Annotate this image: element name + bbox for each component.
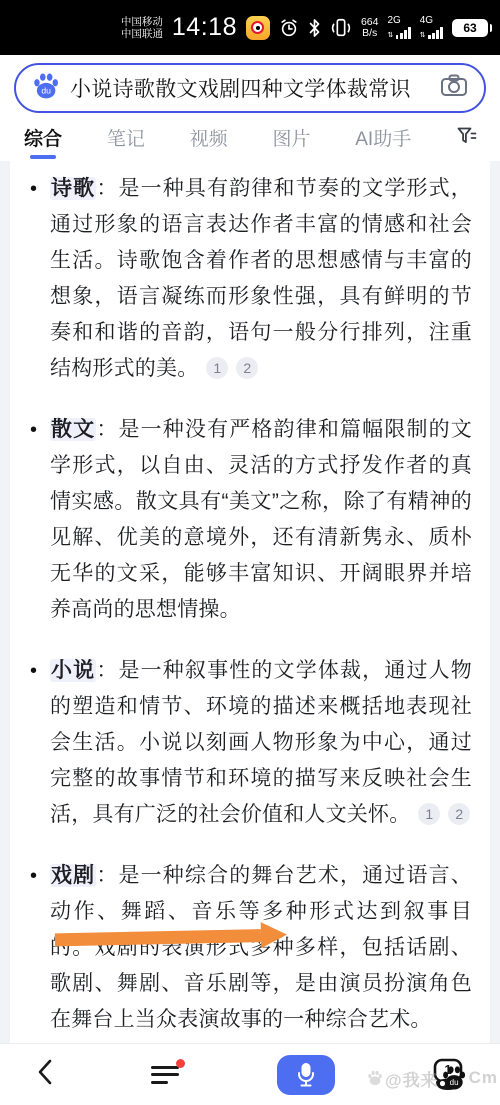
signal-sim1-label: 2G bbox=[388, 16, 401, 26]
clock-time: 14:18 bbox=[172, 13, 237, 42]
bullet-icon: • bbox=[30, 412, 37, 448]
term-prose[interactable]: 散文 bbox=[50, 418, 96, 441]
alarm-icon bbox=[279, 18, 299, 38]
definition-text: 是一种综合的舞台艺术，通过语言、动作、舞蹈、音乐等多种形式达到叙事目的。戏剧的表… bbox=[50, 864, 472, 1031]
baidu-logo-icon: du bbox=[32, 72, 60, 105]
list-item: •戏剧：是一种综合的舞台艺术，通过语言、动作、舞蹈、音乐等多种形式达到叙事目的。… bbox=[30, 858, 472, 1038]
tab-notes[interactable]: 笔记 bbox=[107, 124, 145, 161]
signal-sim2-label: 4G bbox=[420, 16, 433, 26]
filter-icon[interactable] bbox=[456, 125, 478, 160]
term-colon: ： bbox=[96, 659, 118, 682]
results-area[interactable]: •诗歌：是一种具有韵律和节奏的文学形式，通过形象的语言表达作者丰富的情感和社会生… bbox=[0, 161, 500, 1043]
network-speed: 664 B/s bbox=[361, 17, 379, 39]
camera-icon[interactable] bbox=[440, 74, 468, 103]
back-button[interactable] bbox=[34, 1057, 56, 1092]
network-speed-unit: B/s bbox=[361, 28, 379, 39]
signal-bars-icon: ⇅ bbox=[420, 27, 443, 39]
definition-text: 是一种没有严格韵律和篇幅限制的文学形式，以自由、灵活的方式抒发作者的真情实感。散… bbox=[50, 418, 472, 621]
vibrate-icon bbox=[330, 17, 352, 39]
watermark-text-right: Cm bbox=[469, 1068, 498, 1088]
carrier-labels: 中国移动 中国联通 bbox=[121, 16, 163, 40]
network-speed-value: 664 bbox=[361, 17, 379, 28]
citation-badge[interactable]: 1 bbox=[418, 803, 440, 825]
carrier-1: 中国移动 bbox=[121, 16, 163, 28]
bluetooth-icon bbox=[308, 18, 321, 38]
definition-list: •诗歌：是一种具有韵律和节奏的文学形式，通过形象的语言表达作者丰富的情感和社会生… bbox=[30, 171, 472, 1038]
phone-screen: 中国移动 中国联通 14:18 664 B/s 2G ⇅ 4G ⇅ 63 bbox=[0, 0, 500, 1105]
status-bar: 中国移动 中国联通 14:18 664 B/s 2G ⇅ 4G ⇅ 63 bbox=[0, 0, 500, 55]
term-poetry[interactable]: 诗歌 bbox=[50, 177, 96, 200]
citation-badge[interactable]: 2 bbox=[236, 357, 258, 379]
tab-video[interactable]: 视频 bbox=[190, 124, 228, 161]
svg-text:1: 1 bbox=[444, 1062, 451, 1077]
term-drama[interactable]: 戏剧 bbox=[50, 864, 96, 887]
tab-images[interactable]: 图片 bbox=[272, 124, 310, 161]
weibo-eye-icon bbox=[251, 21, 264, 34]
search-bar-row: du 小说诗歌散文戏剧四种文学体裁常识 bbox=[0, 55, 500, 119]
term-colon: ： bbox=[96, 418, 118, 441]
term-colon: ： bbox=[96, 864, 118, 887]
list-item: •小说：是一种叙事性的文学体裁，通过人物的塑造和情节、环境的描述来概括地表现社会… bbox=[30, 653, 472, 833]
menu-button[interactable] bbox=[151, 1064, 181, 1086]
voice-search-button[interactable] bbox=[277, 1055, 335, 1095]
paw-icon bbox=[367, 1070, 383, 1086]
search-query-text[interactable]: 小说诗歌散文戏剧四种文学体裁常识 bbox=[70, 73, 430, 103]
weibo-app-icon bbox=[246, 16, 270, 40]
bullet-icon: • bbox=[30, 653, 37, 689]
list-item: •诗歌：是一种具有韵律和节奏的文学形式，通过形象的语言表达作者丰富的情感和社会生… bbox=[30, 171, 472, 387]
answer-card: •诗歌：是一种具有韵律和节奏的文学形式，通过形象的语言表达作者丰富的情感和社会生… bbox=[10, 161, 490, 1043]
tab-comprehensive[interactable]: 综合 bbox=[24, 124, 62, 161]
search-input[interactable]: du 小说诗歌散文戏剧四种文学体裁常识 bbox=[14, 63, 486, 113]
term-novel[interactable]: 小说 bbox=[50, 659, 96, 682]
bullet-icon: • bbox=[30, 858, 37, 894]
svg-text:du: du bbox=[41, 85, 51, 95]
definition-text: 是一种叙事性的文学体裁，通过人物的塑造和情节、环境的描述来概括地表现社会生活。小… bbox=[50, 659, 472, 826]
tabs-window-button[interactable]: 1 bbox=[430, 1057, 466, 1093]
definition-text: 是一种具有韵律和节奏的文学形式，通过形象的语言表达作者丰富的情感和社会生活。诗歌… bbox=[50, 177, 472, 380]
bullet-icon: • bbox=[30, 171, 37, 207]
citation-badge[interactable]: 1 bbox=[206, 357, 228, 379]
signal-bars-icon: ⇅ bbox=[388, 27, 411, 39]
term-colon: ： bbox=[96, 177, 118, 200]
result-tabs: 综合 笔记 视频 图片 AI助手 bbox=[0, 119, 500, 161]
notification-dot bbox=[176, 1059, 185, 1068]
carrier-2: 中国联通 bbox=[121, 28, 163, 40]
list-item: •散文：是一种没有严格韵律和篇幅限制的文学形式，以自由、灵活的方式抒发作者的真情… bbox=[30, 412, 472, 628]
battery-indicator: 63 bbox=[452, 19, 488, 37]
tab-ai-assistant[interactable]: AI助手 bbox=[355, 124, 411, 161]
signal-sim2: 4G ⇅ bbox=[420, 16, 443, 39]
citation-badge[interactable]: 2 bbox=[448, 803, 470, 825]
bottom-toolbar: 1 @我来 du Cm bbox=[0, 1043, 500, 1105]
signal-sim1: 2G ⇅ bbox=[388, 16, 411, 39]
